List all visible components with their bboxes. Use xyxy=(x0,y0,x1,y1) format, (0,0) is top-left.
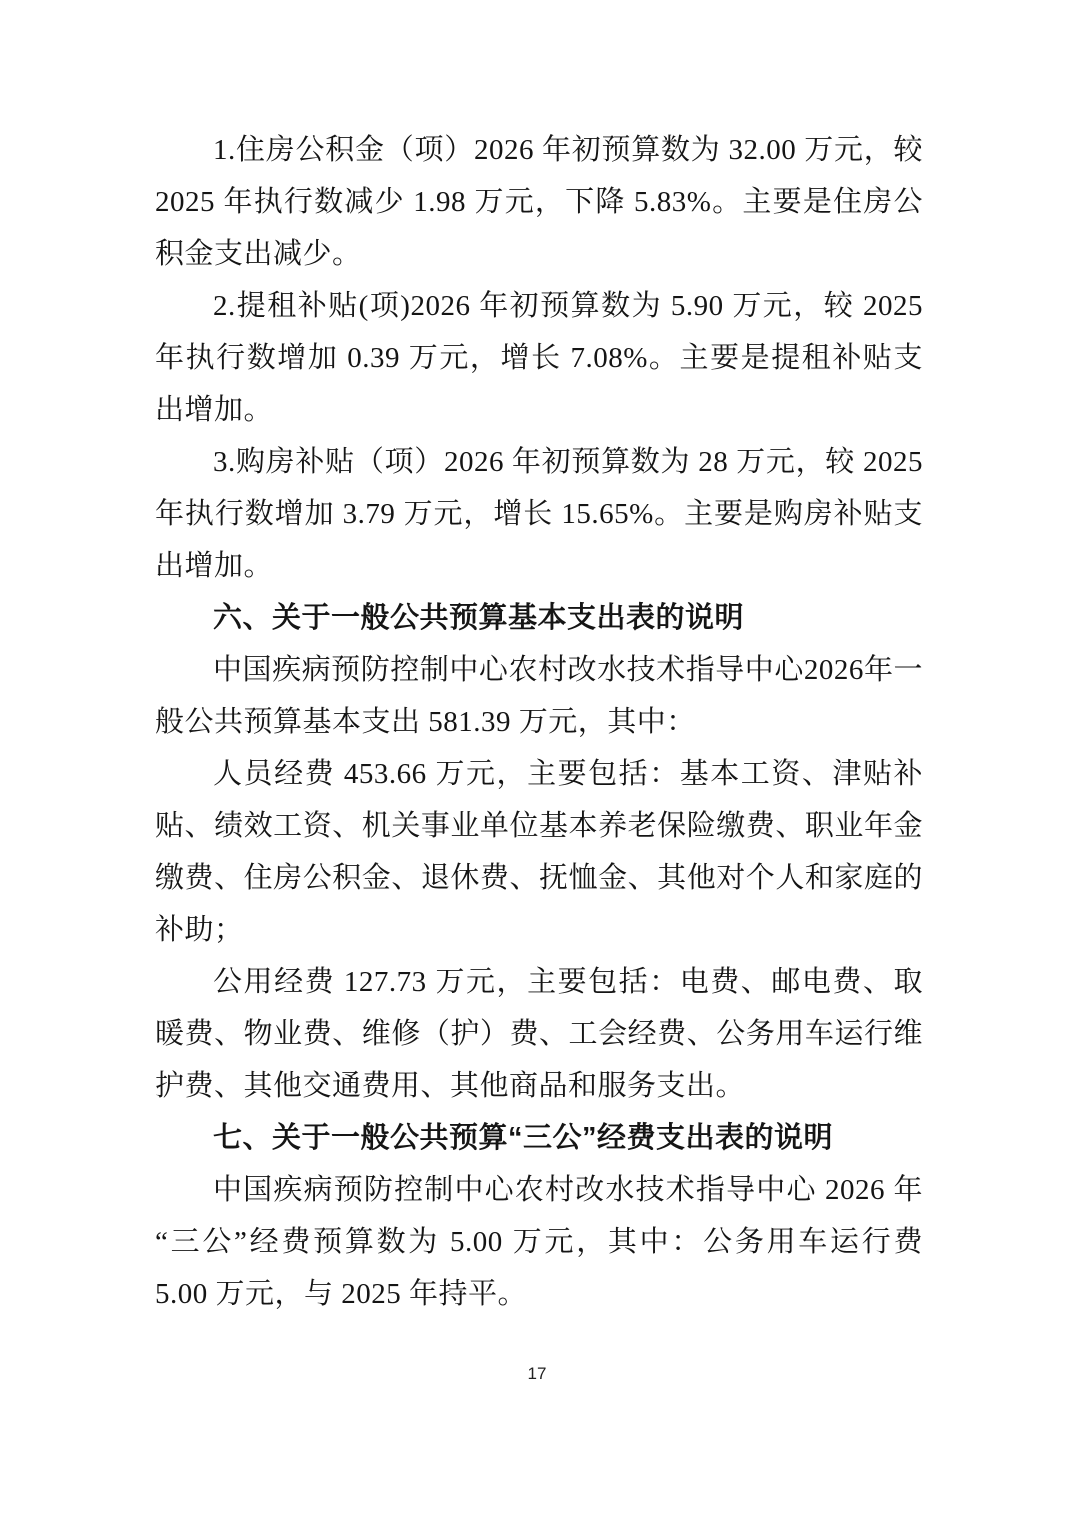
page-number: 17 xyxy=(0,1362,1074,1386)
paragraph-three-public-funds: 中国疾病预防控制中心农村改水技术指导中心 2026 年“三公”经费预算数为 5.… xyxy=(155,1164,923,1320)
paragraph-rent-subsidy: 2.提租补贴(项)2026 年初预算数为 5.90 万元，较 2025 年执行数… xyxy=(155,280,923,436)
paragraph-housing-fund: 1.住房公积金（项）2026 年初预算数为 32.00 万元，较 2025 年执… xyxy=(155,124,923,280)
paragraph-personnel-funds: 人员经费 453.66 万元，主要包括：基本工资、津贴补贴、绩效工资、机关事业单… xyxy=(155,748,923,956)
paragraph-public-funds: 公用经费 127.73 万元，主要包括：电费、邮电费、取暖费、物业费、维修（护）… xyxy=(155,956,923,1112)
section-heading-seven: 七、关于一般公共预算“三公”经费支出表的说明 xyxy=(155,1112,923,1164)
document-page: 1.住房公积金（项）2026 年初预算数为 32.00 万元，较 2025 年执… xyxy=(0,0,1074,1520)
document-body: 1.住房公积金（项）2026 年初预算数为 32.00 万元，较 2025 年执… xyxy=(155,124,923,1320)
paragraph-purchase-subsidy: 3.购房补贴（项）2026 年初预算数为 28 万元，较 2025 年执行数增加… xyxy=(155,436,923,592)
section-heading-six: 六、关于一般公共预算基本支出表的说明 xyxy=(155,592,923,644)
paragraph-basic-expenditure: 中国疾病预防控制中心农村改水技术指导中心2026年一般公共预算基本支出 581.… xyxy=(155,644,923,748)
